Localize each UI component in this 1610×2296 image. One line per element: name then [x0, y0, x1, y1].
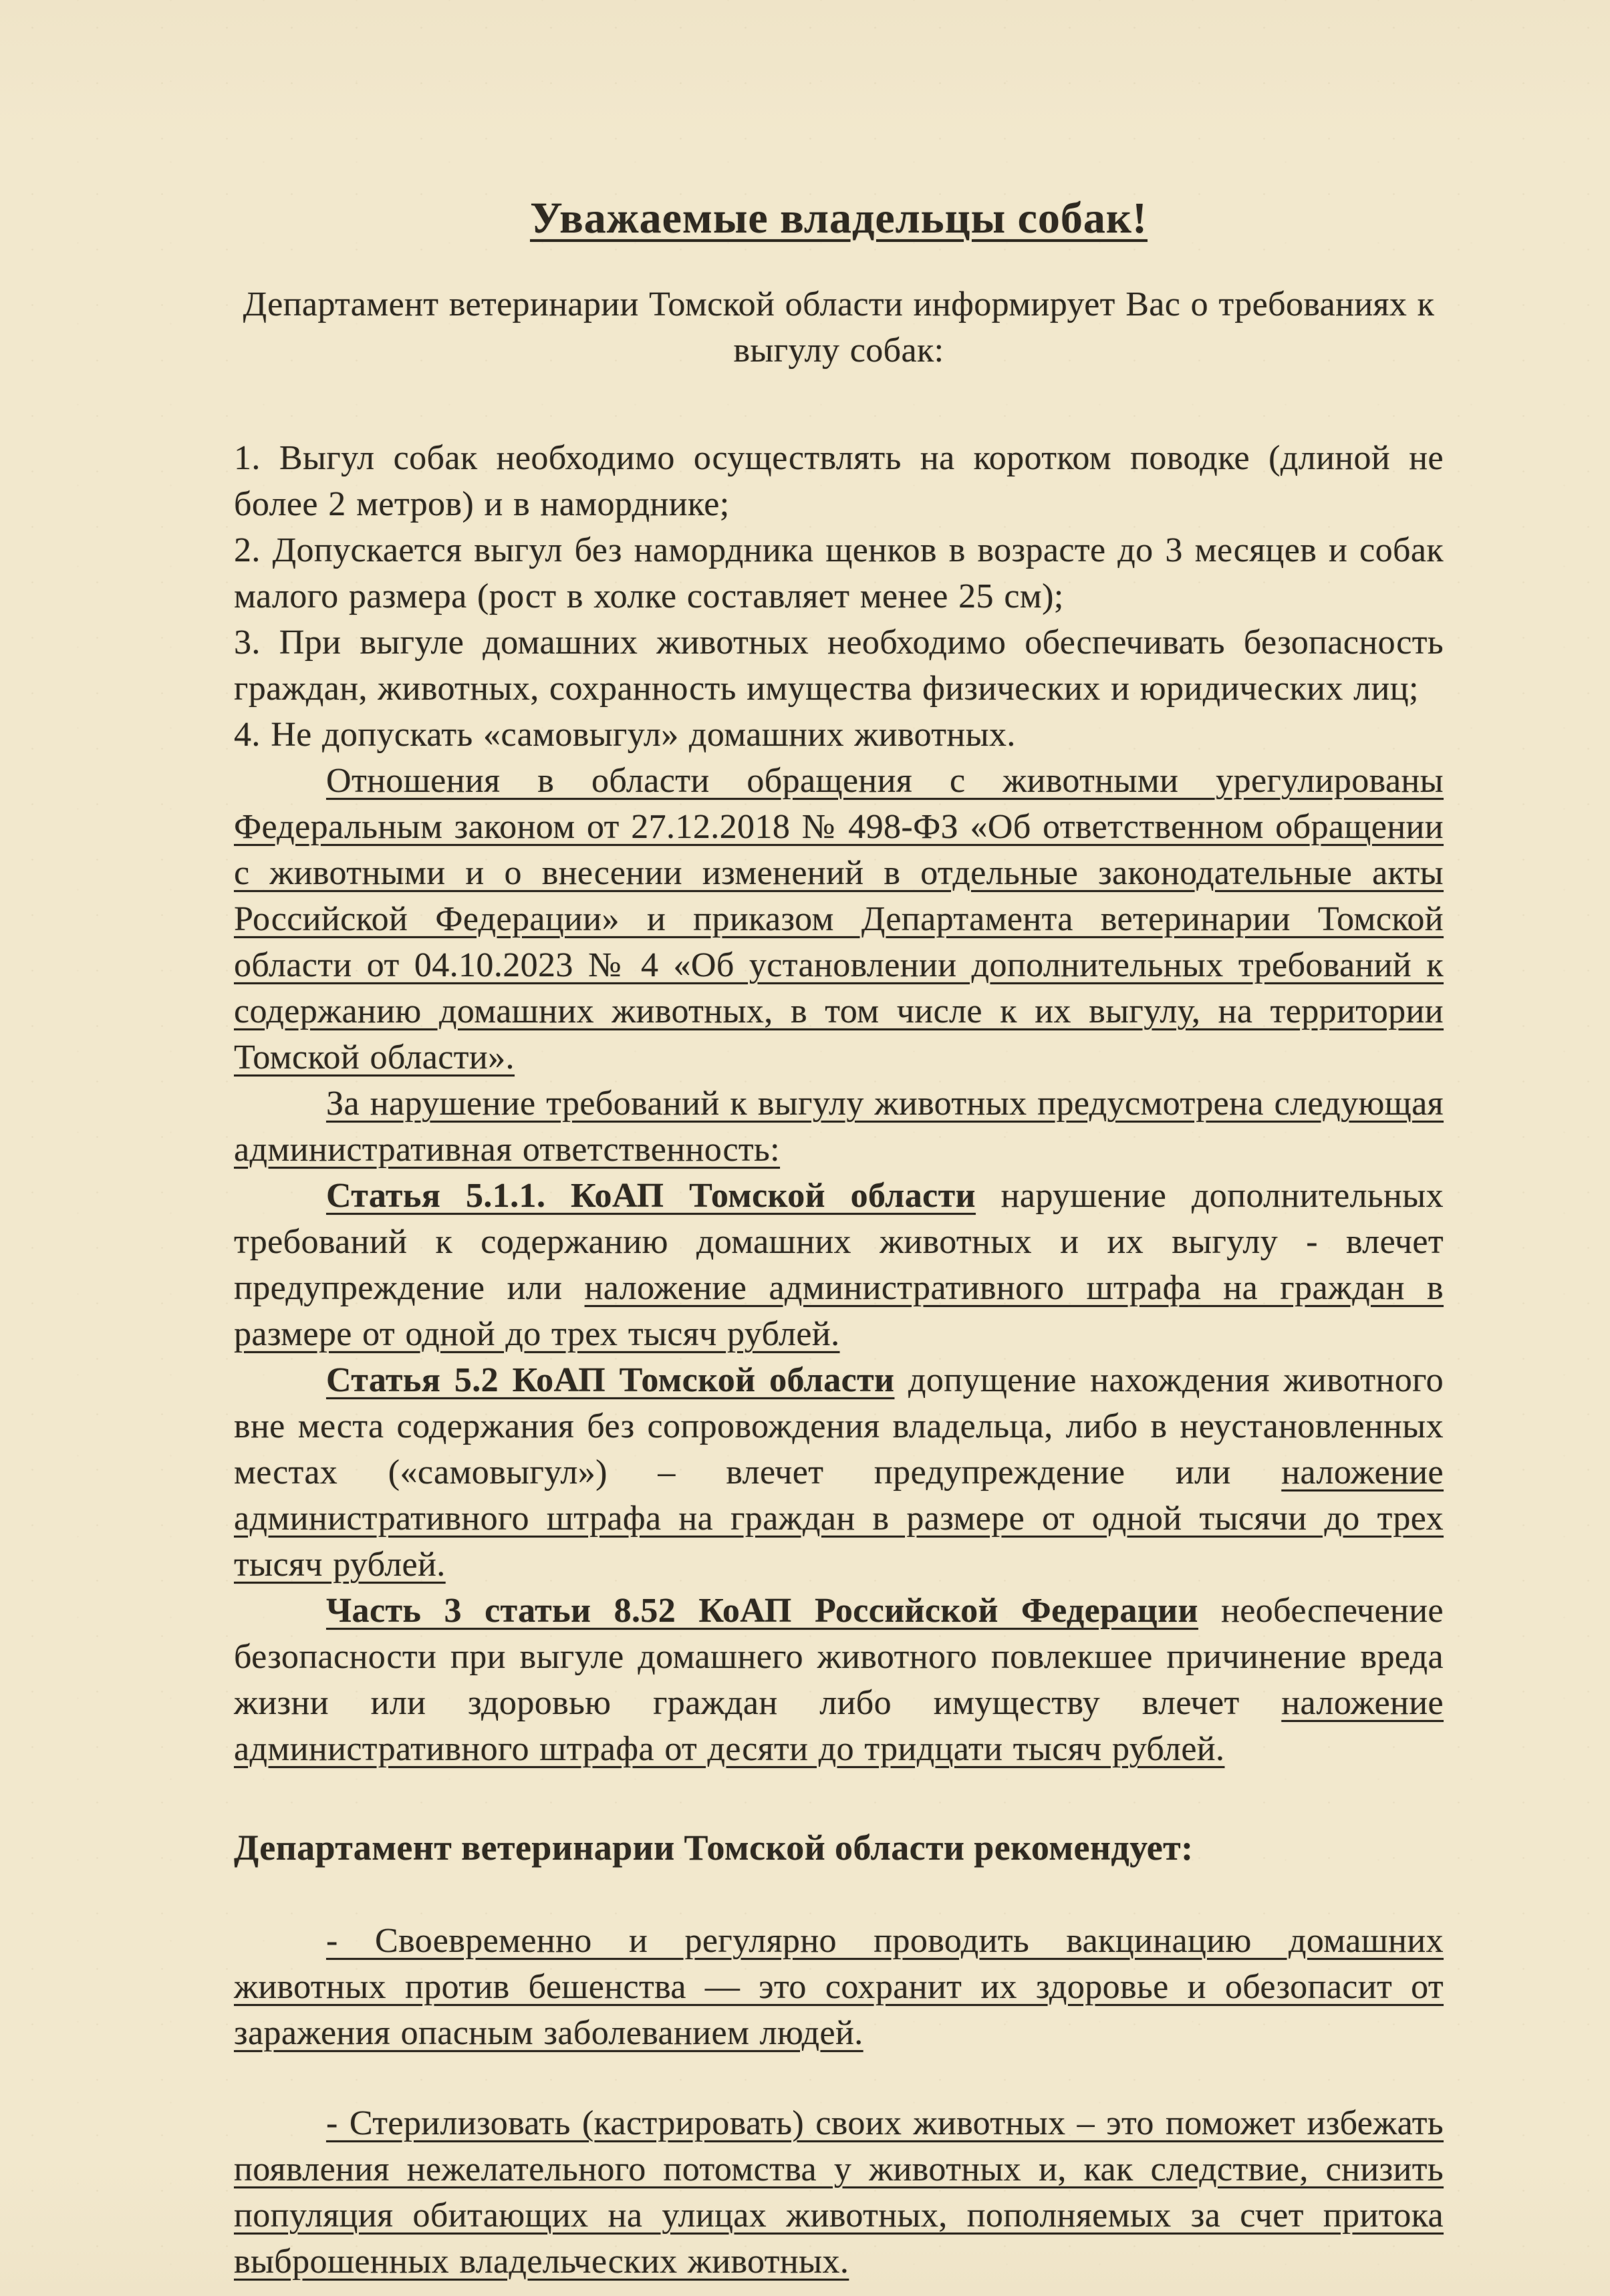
scanned-document-page: Уважаемые владельцы собак! Департамент в…	[0, 0, 1610, 2296]
recommendation-vaccination: - Своевременно и регулярно проводить вак…	[234, 1918, 1444, 2056]
rule-item-4: 4. Не допускать «самовыгул» домашних жив…	[234, 712, 1444, 758]
recommendation-sterilization: - Стерилизовать (кастрировать) своих жив…	[234, 2100, 1444, 2285]
article-5-1-1-paragraph: Статья 5.1.1. КоАП Томской области наруш…	[234, 1173, 1444, 1357]
article-8-52-paragraph: Часть 3 статьи 8.52 КоАП Российской Феде…	[234, 1588, 1444, 1772]
walking-rules-list: 1. Выгул собак необходимо осуществлять н…	[234, 435, 1444, 758]
intro-paragraph: Департамент ветеринарии Томской области …	[234, 281, 1444, 374]
document-title: Уважаемые владельцы собак!	[234, 190, 1444, 247]
rule-item-3: 3. При выгуле домашних животных необходи…	[234, 619, 1444, 712]
article-5-1-1-reference: Статья 5.1.1. КоАП Томской области	[326, 1177, 976, 1215]
liability-intro-paragraph: За нарушение требований к выгулу животны…	[234, 1081, 1444, 1173]
recommendations-heading: Департамент ветеринарии Томской области …	[234, 1824, 1444, 1871]
article-8-52-reference: Часть 3 статьи 8.52 КоАП Российской Феде…	[326, 1592, 1198, 1630]
legal-framework-paragraph: Отношения в области обращения с животным…	[234, 758, 1444, 1081]
document-content: Уважаемые владельцы собак! Департамент в…	[234, 190, 1444, 2285]
rule-item-1: 1. Выгул собак необходимо осуществлять н…	[234, 435, 1444, 527]
article-5-2-paragraph: Статья 5.2 КоАП Томской области допущени…	[234, 1357, 1444, 1588]
article-5-2-reference: Статья 5.2 КоАП Томской области	[326, 1361, 894, 1399]
rule-item-2: 2. Допускается выгул без намордника щенк…	[234, 527, 1444, 619]
